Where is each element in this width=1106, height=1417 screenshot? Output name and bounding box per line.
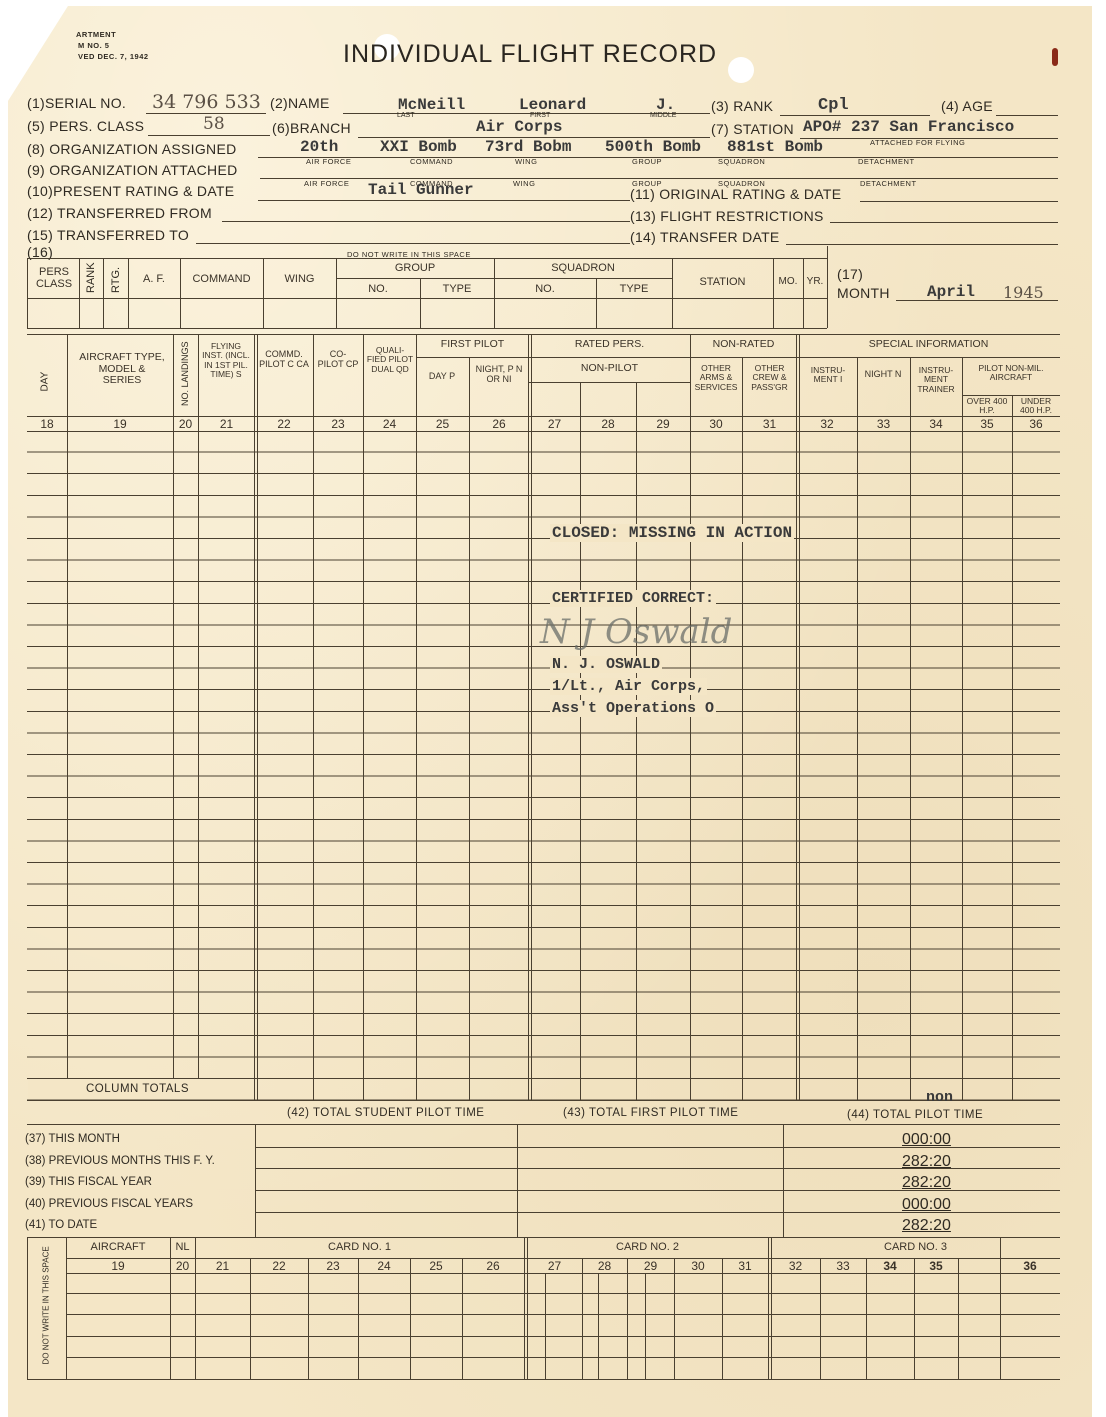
colnum-24: 24 xyxy=(363,417,416,431)
card-col-30: 30 xyxy=(674,1259,722,1273)
total-row-prev-months-label: (38) PREVIOUS MONTHS THIS F. Y. xyxy=(25,1155,215,1167)
card-col-35: 35 xyxy=(914,1259,958,1273)
org-squadron[interactable]: 881st Bomb xyxy=(727,138,823,156)
card-col-24: 24 xyxy=(358,1259,410,1273)
colnum-27: 27 xyxy=(529,417,580,431)
total-first-pilot-time-label: (43) TOTAL FIRST PILOT TIME xyxy=(563,1107,738,1119)
hdr-qualified: QUALI- FIED PILOT DUAL QD xyxy=(366,346,414,374)
certified-label: CERTIFIED CORRECT: xyxy=(550,590,716,607)
caption-squadron: SQUADRON xyxy=(718,157,765,166)
colnum-18: 18 xyxy=(27,417,67,431)
hdr-command: COMMAND xyxy=(180,273,263,285)
transfer-date-label: (14) TRANSFER DATE xyxy=(630,229,780,245)
colnum-30: 30 xyxy=(690,417,742,431)
hdr-non-pilot: NON-PILOT xyxy=(529,363,690,375)
hdr-station: STATION xyxy=(672,276,773,288)
hdr-day: DAY xyxy=(40,352,51,392)
cards-do-not-write-note: DO NOT WRITE IN THIS SPACE xyxy=(42,1245,51,1365)
hdr-squadron: SQUADRON xyxy=(494,262,672,274)
colnum-29: 29 xyxy=(636,417,690,431)
colnum-25: 25 xyxy=(416,417,469,431)
colnum-22: 22 xyxy=(255,417,313,431)
card-col-33: 33 xyxy=(820,1259,866,1273)
dept-line-1: ARTMENT xyxy=(76,30,116,39)
signer-rank: 1/Lt., Air Corps, xyxy=(550,678,707,695)
total-prev-fiscal-value[interactable]: 000:00 xyxy=(902,1196,951,1214)
name-label: (2)NAME xyxy=(270,95,330,111)
hdr-other-crew: OTHER CREW & PASS'GR xyxy=(742,364,797,392)
hdr-instr-trainer: INSTRU- MENT TRAINER xyxy=(910,366,962,394)
colnum-36: 36 xyxy=(1012,417,1060,431)
hdr-night: NIGHT N xyxy=(860,370,906,380)
hdr-flying-inst: FLYING INST. (INCL. IN 1ST PIL. TIME) S xyxy=(200,342,252,379)
hdr-yr: YR. xyxy=(803,276,827,287)
column-totals-label-2: COLUMN TOTALS xyxy=(86,1083,189,1095)
total-pilot-time-label: (44) TOTAL PILOT TIME xyxy=(847,1109,983,1121)
transferred-to-label: (15) TRANSFERRED TO xyxy=(27,227,189,243)
dept-line-2: M NO. 5 xyxy=(78,41,109,50)
card-col-19: 19 xyxy=(66,1259,170,1273)
total-student-pilot-time-label: (42) TOTAL STUDENT PILOT TIME xyxy=(287,1107,484,1119)
cards-nl-label: NL xyxy=(170,1241,195,1253)
transferred-from-label: (12) TRANSFERRED FROM xyxy=(27,205,212,221)
caption-air-force: AIR FORCE xyxy=(306,157,351,166)
colnum-19: 19 xyxy=(67,417,173,431)
total-this-month-value[interactable]: 000:00 xyxy=(902,1131,951,1149)
colnum-23: 23 xyxy=(313,417,363,431)
hdr-landings: NO. LANDINGS xyxy=(180,336,190,406)
station-caption: ATTACHED FOR FLYING xyxy=(870,138,965,147)
hdr-first-pilot: FIRST PILOT xyxy=(416,339,529,351)
total-prev-months-value[interactable]: 282:20 xyxy=(902,1153,951,1171)
card-col-25: 25 xyxy=(410,1259,462,1273)
total-row-prev-fiscal-label: (40) PREVIOUS FISCAL YEARS xyxy=(25,1198,193,1210)
hdr-commd-pilot: COMMD. PILOT C CA xyxy=(258,350,310,370)
caption-detachment: DETACHMENT xyxy=(858,157,915,166)
hdr-fp-day: DAY P xyxy=(420,372,464,382)
card-col-20: 20 xyxy=(170,1259,195,1273)
cards-aircraft-label: AIRCRAFT xyxy=(66,1241,170,1253)
pers-class-label: (5) PERS. CLASS xyxy=(27,118,144,134)
year-value[interactable]: 1945 xyxy=(1003,283,1044,302)
card-col-31: 31 xyxy=(722,1259,768,1273)
rank-label: (3) RANK xyxy=(711,98,773,114)
present-rating-label: (10)PRESENT RATING & DATE xyxy=(27,183,234,199)
hdr-wing: WING xyxy=(263,273,336,285)
flight-restrictions-label: (13) FLIGHT RESTRICTIONS xyxy=(630,208,824,224)
org-air-force[interactable]: 20th xyxy=(300,138,338,156)
hdr-pers-class: PERS CLASS xyxy=(30,266,78,290)
hdr-squadron-no: NO. xyxy=(494,283,596,295)
original-rating-label: (11) ORIGINAL RATING & DATE xyxy=(630,186,841,202)
signer-title: Ass't Operations O xyxy=(550,700,716,717)
colnum-35: 35 xyxy=(962,417,1012,431)
signer-name: N. J. OSWALD xyxy=(550,656,662,673)
hdr-group-no: NO. xyxy=(336,283,420,295)
total-row-to-date-label: (41) TO DATE xyxy=(25,1219,97,1231)
name-last-caption: LAST xyxy=(397,112,415,119)
hdr-squadron-type: TYPE xyxy=(596,283,672,295)
hdr-group-type: TYPE xyxy=(420,283,494,295)
caption-command: COMMAND xyxy=(410,157,453,166)
hdr-other-arms: OTHER ARMS & SERVICES xyxy=(690,364,742,392)
total-row-fiscal-year-label: (39) THIS FISCAL YEAR xyxy=(25,1176,152,1188)
hdr-fp-night: NIGHT, P N OR NI xyxy=(471,365,527,385)
month-label: MONTH xyxy=(837,285,890,301)
card-2-label: CARD NO. 2 xyxy=(527,1241,768,1253)
month-section-label: (17) xyxy=(837,266,863,282)
closed-status: CLOSED: MISSING IN ACTION xyxy=(550,524,794,542)
pers-class-value[interactable]: 58 xyxy=(203,114,225,134)
card-col-23: 23 xyxy=(308,1259,358,1273)
total-fiscal-year-value[interactable]: 282:20 xyxy=(902,1174,951,1192)
colnum-34: 34 xyxy=(910,417,962,431)
card-col-34: 34 xyxy=(866,1259,914,1273)
colnum-31: 31 xyxy=(742,417,797,431)
branch-value[interactable]: Air Corps xyxy=(476,118,562,136)
card-col-27: 27 xyxy=(527,1259,582,1273)
card-col-22: 22 xyxy=(250,1259,308,1273)
flight-grid-rows[interactable] xyxy=(27,431,1060,1100)
colnum-20: 20 xyxy=(173,417,198,431)
total-to-date-value[interactable]: 282:20 xyxy=(902,1217,951,1235)
branch-label: (6)BRANCH xyxy=(272,120,351,136)
hdr-rank: RANK xyxy=(85,263,97,293)
age-label: (4) AGE xyxy=(941,98,993,114)
org-command[interactable]: XXI Bomb xyxy=(380,138,457,156)
caption-group: GROUP xyxy=(632,157,662,166)
present-rating-value[interactable]: Tail Gunner xyxy=(368,181,474,199)
hdr-aircraft: AIRCRAFT TYPE, MODEL & SERIES xyxy=(78,352,166,387)
serial-value[interactable]: 34 796 533 xyxy=(152,91,261,113)
card-col-29: 29 xyxy=(627,1259,674,1273)
card-col-32: 32 xyxy=(771,1259,820,1273)
hdr-over-400: OVER 400 H.P. xyxy=(963,397,1011,416)
org-wing[interactable]: 73rd Bobm xyxy=(485,138,571,156)
station-label: (7) STATION xyxy=(711,121,794,137)
stain-mark xyxy=(1052,48,1058,66)
signature: N J Oswald xyxy=(540,612,732,652)
station-value[interactable]: APO# 237 San Francisco xyxy=(803,118,1014,136)
colnum-32: 32 xyxy=(797,417,857,431)
card-1-label: CARD NO. 1 xyxy=(195,1241,524,1253)
org-group[interactable]: 500th Bomb xyxy=(605,138,701,156)
dept-line-3: VED DEC. 7, 1942 xyxy=(78,52,149,61)
hdr-rtg: RTG. xyxy=(110,263,122,293)
hdr-af: A. F. xyxy=(128,273,180,285)
serial-label: (1)SERIAL NO. xyxy=(27,95,126,111)
caption2-air-force: AIR FORCE xyxy=(304,179,349,188)
hdr-co-pilot: CO- PILOT CP xyxy=(316,350,360,370)
caption2-wing: WING xyxy=(513,179,535,188)
caption-wing: WING xyxy=(515,157,537,166)
colnum-33: 33 xyxy=(857,417,910,431)
punch-hole-right xyxy=(728,57,754,83)
hdr-rated-pers: RATED PERS. xyxy=(529,339,690,351)
hdr-group: GROUP xyxy=(336,262,494,274)
hdr-instrument: INSTRU- MENT I xyxy=(802,366,854,385)
hdr-special-info: SPECIAL INFORMATION xyxy=(797,339,1060,351)
card-col-36: 36 xyxy=(1000,1259,1060,1273)
org-assigned-label: (8) ORGANIZATION ASSIGNED xyxy=(27,141,237,157)
total-row-this-month-label: (37) THIS MONTH xyxy=(25,1133,120,1145)
hdr-mo: MO. xyxy=(773,276,803,287)
rank-value[interactable]: Cpl xyxy=(818,96,849,115)
month-value[interactable]: April xyxy=(927,283,975,301)
name-middle-caption: MIDDLE xyxy=(650,112,676,119)
hdr-pilot-non-mil: PILOT NON-MIL. AIRCRAFT xyxy=(964,364,1058,383)
total-pilot-time-insert: non xyxy=(926,1089,953,1106)
page-title: INDIVIDUAL FLIGHT RECORD xyxy=(343,40,717,69)
org-attached-label: (9) ORGANIZATION ATTACHED xyxy=(27,162,238,178)
card-col-28: 28 xyxy=(582,1259,627,1273)
colnum-26: 26 xyxy=(469,417,529,431)
card-col-21: 21 xyxy=(195,1259,250,1273)
card-col-26: 26 xyxy=(462,1259,524,1273)
colnum-28: 28 xyxy=(580,417,636,431)
hdr-non-rated: NON-RATED xyxy=(690,339,797,351)
caption2-detachment: DETACHMENT xyxy=(860,179,917,188)
card-3-label: CARD NO. 3 xyxy=(771,1241,1060,1253)
colnum-21: 21 xyxy=(198,417,255,431)
hdr-under-400: UNDER 400 H.P. xyxy=(1013,397,1059,416)
